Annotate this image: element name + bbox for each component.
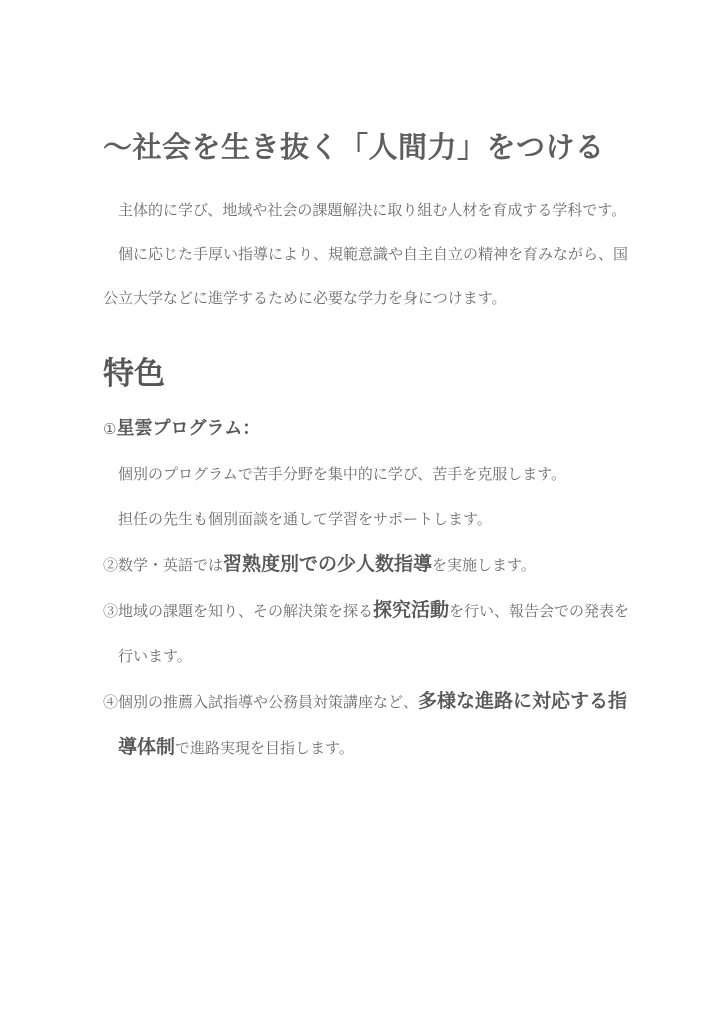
intro-paragraph-2: 個に応じた手厚い指導により、規範意識や自主自立の精神を育みながら、国公立大学など… [103, 233, 638, 321]
feature-2-post-text: を実施します。 [432, 557, 536, 574]
page-title: ～社会を生き抜く「人間力」をつける [103, 127, 638, 169]
feature-3-pre-text: ③地域の課題を知り、その解決策を探る [103, 603, 373, 620]
feature-4-pre-text: ④個別の推薦入試指導や公務員対策講座など、 [103, 694, 418, 711]
feature-item-3: ③地域の課題を知り、その解決策を探る探究活動を行い、報告会での発表を行います。 [103, 588, 638, 679]
feature-1-subline-2: 担任の先生も個別面談を通して学習をサポートします。 [103, 497, 638, 542]
feature-4-post-text: で進路実現を目指します。 [175, 740, 354, 757]
feature-2-bold-text: 習熟度別での少人数指導 [223, 554, 432, 575]
feature-1-bold-text: 星雲プログラム： [116, 418, 260, 438]
feature-1-subline-1: 個別のプログラムで苦手分野を集中的に学び、苦手を克服します。 [103, 452, 638, 497]
feature-1-number: ① [103, 421, 116, 438]
feature-item-2: ②数学・英語では習熟度別での少人数指導を実施します。 [103, 542, 638, 588]
features-heading: 特色 [103, 354, 638, 394]
document-content: ～社会を生き抜く「人間力」をつける 主体的に学び、地域や社会の課題解決に取り組む… [103, 0, 638, 771]
feature-3-bold-text: 探究活動 [373, 600, 449, 621]
intro-paragraph-1: 主体的に学び、地域や社会の課題解決に取り組む人材を育成する学科です。 [103, 189, 638, 233]
document-page: ～社会を生き抜く「人間力」をつける 主体的に学び、地域や社会の課題解決に取り組む… [0, 0, 724, 1024]
feature-2-pre-text: ②数学・英語では [103, 557, 223, 574]
feature-item-4: ④個別の推薦入試指導や公務員対策講座など、多様な進路に対応する指導体制で進路実現… [103, 679, 638, 771]
feature-item-1: ①星雲プログラム： [103, 406, 638, 452]
intro-section: 主体的に学び、地域や社会の課題解決に取り組む人材を育成する学科です。 個に応じた… [103, 189, 638, 321]
features-list: ①星雲プログラム： 個別のプログラムで苦手分野を集中的に学び、苦手を克服します。… [103, 406, 638, 771]
